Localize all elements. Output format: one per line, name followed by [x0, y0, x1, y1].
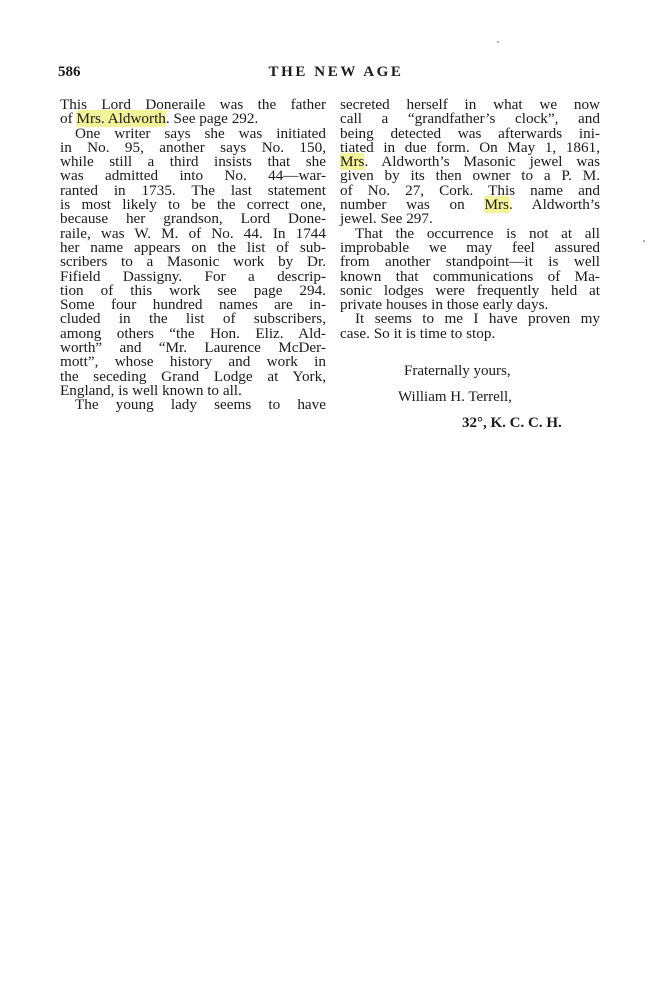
text-line: The young lady seems to have: [60, 398, 326, 412]
right-text-column: secreted herself in what we nowcall a “g…: [340, 98, 600, 341]
scan-speck: [643, 240, 645, 242]
signature-degree: 32°, K. C. C. H.: [462, 415, 562, 432]
scan-speck: [497, 41, 499, 43]
search-highlight: Mrs: [484, 196, 508, 213]
left-text-column: This Lord Doneraile was the fatherof Mrs…: [60, 98, 326, 413]
running-title: THE NEW AGE: [0, 64, 662, 81]
signature-closing: Fraternally yours,: [404, 363, 511, 380]
text-line: case. So it is time to stop.: [340, 327, 600, 341]
signature-name: William H. Terrell,: [398, 389, 512, 406]
